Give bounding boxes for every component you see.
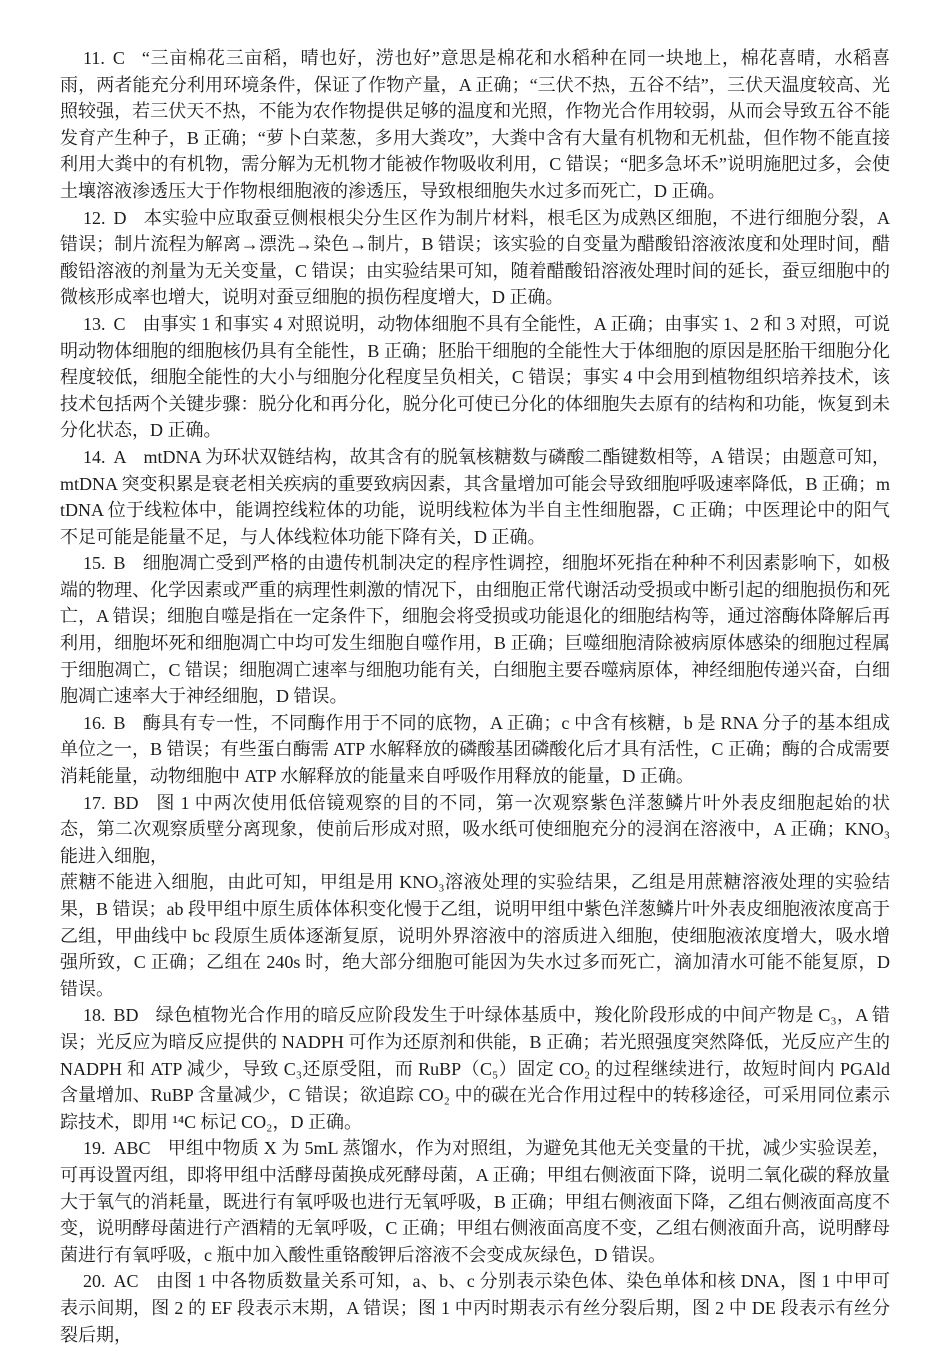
answer-item-13: 13.C由事实 1 和事实 4 对照说明，动物体细胞不具有全能性，A 正确；由事…: [60, 311, 890, 444]
answer-item-12: 12.D本实验中应取蚕豆侧根根尖分生区作为制片材料，根毛区为成熟区细胞，不进行细…: [60, 205, 890, 311]
answer-letter: BD: [114, 793, 139, 813]
answer-letter: D: [114, 208, 127, 228]
answer-item-11: 11.C“三亩棉花三亩稻，晴也好，涝也好”意思是棉花和水稻种在同一块地上，棉花喜…: [60, 45, 890, 205]
answer-item-15: 15.B细胞凋亡受到严格的由遗传机制决定的程序性调控，细胞坏死指在种种不利因素影…: [60, 550, 890, 710]
answer-letter: ABC: [114, 1138, 151, 1158]
question-number: 15.: [83, 553, 106, 573]
question-number: 19.: [83, 1138, 106, 1158]
explanation-text: “三亩棉花三亩稻，晴也好，涝也好”意思是棉花和水稻种在同一块地上，棉花喜晴，水稻…: [60, 48, 890, 201]
answer-letter: BD: [114, 1005, 139, 1025]
explanation-text: 由图 1 中各物质数量关系可知，a、b、c 分别表示染色体、染色单体和核 DNA…: [60, 1271, 890, 1344]
answer-letter: AC: [114, 1271, 139, 1291]
answer-item-17-continuation: 蔗糖不能进入细胞，由此可知，甲组是用 KNO₃溶液处理的实验结果，乙组是用蔗糖溶…: [60, 869, 890, 1002]
answer-item-18: 18.BD绿色植物光合作用的暗反应阶段发生于叶绿体基质中，羧化阶段形成的中间产物…: [60, 1002, 890, 1135]
explanation-text: 绿色植物光合作用的暗反应阶段发生于叶绿体基质中，羧化阶段形成的中间产物是 C₃，…: [60, 1005, 890, 1131]
question-number: 13.: [83, 314, 106, 334]
explanation-text: 酶具有专一性，不同酶作用于不同的底物，A 正确；c 中含有核糖，b 是 RNA …: [60, 713, 890, 786]
answer-letter: B: [114, 713, 126, 733]
question-number: 20.: [83, 1271, 106, 1291]
answer-item-20: 20.AC由图 1 中各物质数量关系可知，a、b、c 分别表示染色体、染色单体和…: [60, 1268, 890, 1345]
explanation-text: 细胞凋亡受到严格的由遗传机制决定的程序性调控，细胞坏死指在种种不利因素影响下，如…: [60, 553, 890, 706]
explanation-text: 甲组中物质 X 为 5mL 蒸馏水，作为对照组，为避免其他无关变量的干扰，减少实…: [60, 1138, 890, 1264]
answer-letter: B: [114, 553, 126, 573]
answer-letter: A: [114, 447, 127, 467]
answer-item-14: 14.AmtDNA 为环状双链结构，故其含有的脱氧核糖数与磷酸二酯键数相等，A …: [60, 444, 890, 550]
explanation-text: mtDNA 为环状双链结构，故其含有的脱氧核糖数与磷酸二酯键数相等，A 错误；由…: [60, 447, 890, 547]
explanation-text: 由事实 1 和事实 4 对照说明，动物体细胞不具有全能性，A 正确；由事实 1、…: [60, 314, 890, 440]
question-number: 16.: [83, 713, 106, 733]
question-number: 14.: [83, 447, 106, 467]
answer-item-17: 17.BD图 1 中两次使用低倍镜观察的目的不同，第一次观察紫色洋葱鳞片叶外表皮…: [60, 790, 890, 870]
explanation-continuation-text: 蔗糖不能进入细胞，由此可知，甲组是用 KNO₃溶液处理的实验结果，乙组是用蔗糖溶…: [60, 872, 890, 998]
question-number: 11.: [83, 48, 105, 68]
explanation-text: 本实验中应取蚕豆侧根根尖分生区作为制片材料，根毛区为成熟区细胞，不进行细胞分裂，…: [60, 208, 890, 308]
answer-letter: C: [114, 314, 126, 334]
answer-item-19: 19.ABC甲组中物质 X 为 5mL 蒸馏水，作为对照组，为避免其他无关变量的…: [60, 1135, 890, 1268]
explanation-text: 图 1 中两次使用低倍镜观察的目的不同，第一次观察紫色洋葱鳞片叶外表皮细胞起始的…: [60, 793, 890, 866]
answer-letter: C: [113, 48, 125, 68]
question-number: 17.: [83, 793, 106, 813]
document-page: 11.C“三亩棉花三亩稻，晴也好，涝也好”意思是棉花和水稻种在同一块地上，棉花喜…: [0, 0, 950, 1345]
question-number: 12.: [83, 208, 106, 228]
question-number: 18.: [83, 1005, 106, 1025]
answer-item-16: 16.B酶具有专一性，不同酶作用于不同的底物，A 正确；c 中含有核糖，b 是 …: [60, 710, 890, 790]
